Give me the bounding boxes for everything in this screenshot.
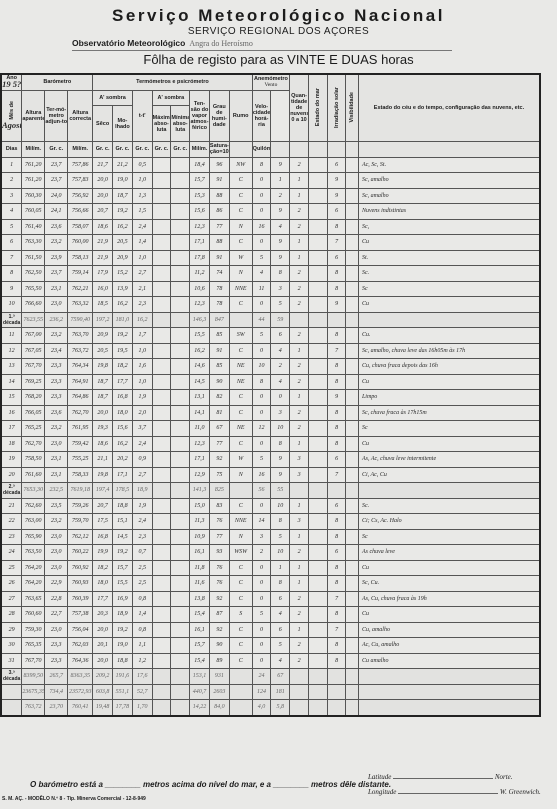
unit-cell: Milím. [68, 142, 93, 158]
table-row: 8762,5023,7759,1417,915,22,711,274N4828S… [1, 266, 540, 282]
solar-irradiation-header: Irradiação solar [327, 74, 346, 142]
table-row: 7761,5023,9758,1321,920,91,017,891W5916S… [1, 250, 540, 266]
max-header: Máxima abso-luta [152, 106, 171, 142]
decade-summary-row: 2.ª década7653,30232,57619,18197,4178,51… [1, 483, 540, 499]
month-header: Mês deAgosto [1, 90, 22, 142]
visibility-header: Visibilidade [346, 74, 359, 142]
table-row: 14769,2523,3764,9118,717,71,014,590NE842… [1, 374, 540, 390]
unit-cell: Dias [1, 142, 22, 158]
table-row: 6763,3023,2760,0021,920,51,417,188C0917C… [1, 235, 540, 251]
sheet-title: Fôlha de registo para as VINTE E DUAS ho… [0, 52, 557, 67]
wind-speed-header: Velo-cidade horá-ria [252, 90, 271, 142]
decade-summary-row: 1.ª década7623,55236,27590,40197,2181,01… [1, 312, 540, 328]
barometer-group-header: Barómetro [22, 74, 93, 90]
unit-cell: Gr. c. [132, 142, 152, 158]
unit-cell: Quilóm. [252, 142, 271, 158]
table-row: 10766,6023,0763,3218,516,22,312,378C0529… [1, 297, 540, 313]
table-row: 13767,7023,3764,3419,818,21,614,685NE102… [1, 359, 540, 375]
unit-cell: Gr. c. [93, 142, 113, 158]
wind-direction-header: Rumo [229, 90, 252, 142]
thermometer-group-header: Termómetros e psicrómetro [93, 74, 252, 90]
shade-header: A' sombra [93, 90, 133, 106]
unit-cell [308, 142, 327, 158]
attached-thermometer-header: Ter-mó-metro adjun-to [45, 90, 68, 142]
table-row: 28760,6022,7757,3820,318,91,415,487S5428… [1, 607, 540, 623]
vapor-tension-header: Ten-são do vapor atmos-férico [190, 90, 210, 142]
table-row: 21762,6023,5759,2620,718,81,915,083C0101… [1, 498, 540, 514]
units-row: DiasMilím.Gr. c.Milím.Gr. c.Gr. c.Gr. c.… [1, 142, 540, 158]
sky-state-header: Estado do céu e do tempo, configuração d… [358, 74, 540, 142]
table-row: 30765,3523,3762,0320,119,01,115,790C0528… [1, 638, 540, 654]
unit-cell: Gr. c. [152, 142, 171, 158]
unit-cell [327, 142, 346, 158]
table-row: 18762,7023,0759,4218,616,22,412,377C0818… [1, 436, 540, 452]
min-header: Mínima abso-luta [171, 106, 190, 142]
shade-extremes-header: A' sombra [152, 90, 190, 106]
table-row: 1761,2023,7757,8621,721,20,518,496NW8926… [1, 157, 540, 173]
table-row: 24763,5023,0760,2219,919,20,716,193WSW21… [1, 545, 540, 561]
form-imprint: S. M. AÇ. - MODÊLO N.º 8 - Tip. Minerva … [2, 796, 146, 802]
table-row: 11767,0023,2763,7020,919,21,715,585SW562… [1, 328, 540, 344]
page-title: Serviço Meteorológico Nacional [0, 6, 557, 26]
table-row: 26764,2022,9760,9318,015,52,511,676C0818… [1, 576, 540, 592]
anemometer-group-header: AnemómetroVento [252, 74, 290, 90]
table-row: 4760,0524,1756,6620,719,21,515,686C0926N… [1, 204, 540, 220]
decade-summary-row: 763,7223,70760,4119,4817,781,7014,2284,0… [1, 700, 540, 716]
barometer-note: O barómetro está a ________ metros acima… [30, 780, 391, 789]
unit-cell: Satura-ção=100 [209, 142, 229, 158]
unit-cell [290, 142, 309, 158]
table-row: 16766,0523,6762,7020,018,02,014,181C0328… [1, 405, 540, 421]
table-row: 17765,2523,2761,9519,315,63,711,067NE121… [1, 421, 540, 437]
unit-cell: Gr. c. [45, 142, 68, 158]
table-row: 25764,2023,0760,9218,215,72,511,876C0118… [1, 560, 540, 576]
latitude-field: Latitude Norte. [368, 773, 513, 781]
unit-cell: Milím. [190, 142, 210, 158]
sea-state-header: Estado do mar [308, 74, 327, 142]
table-row: 31767,7023,3764,3620,018,81,215,489C0428… [1, 653, 540, 669]
observatory-label: Observatório Meteorológico [72, 38, 185, 48]
unit-cell: Gr. c. [113, 142, 133, 158]
table-row: 3760,3024,0756,9220,018,71,315,388C0219S… [1, 188, 540, 204]
unit-cell: Gr. c. [171, 142, 190, 158]
decade-summary-row: 3.ª década8399,50265,78363,35209,2191,61… [1, 669, 540, 685]
observatory-field: Observatório MeteorológicoAngra do Heroí… [72, 38, 452, 51]
corrected-height-header: Altura correcta [68, 90, 93, 142]
year-header: Ano19 5? [1, 74, 22, 90]
page-subtitle: SERVIÇO REGIONAL DOS AÇORES [0, 26, 557, 37]
table-row: 27763,6522,8760,3917,716,90,813,892C0627… [1, 591, 540, 607]
unit-cell [346, 142, 359, 158]
unit-cell [229, 142, 252, 158]
t-diff-header: t-t' [132, 90, 152, 142]
table-row: 5761,4023,6758,0718,616,22,412,377N16428… [1, 219, 540, 235]
table-row: 19758,5023,1755,2521,120,20,917,192W5936… [1, 452, 540, 468]
register-table: Ano19 5? Barómetro Termómetros e psicróm… [0, 73, 541, 717]
apparent-height-header: Altura aparente [22, 90, 45, 142]
cloud-amount-header: Quan-tidade de nuvens 0 a 10 [290, 74, 309, 142]
decade-summary-row: 23675,35734,423572,93603,8551,152,7440,7… [1, 684, 540, 700]
wet-header: Mo-lhado [113, 106, 133, 142]
longitude-field: Longitude W. Greenwich. [368, 788, 541, 796]
observatory-value: Angra do Heroísmo [189, 39, 253, 48]
unit-cell: Milím. [22, 142, 45, 158]
humidity-header: Grau de humi-dade [209, 90, 229, 142]
table-row: 29759,3023,0756,0420,019,20,816,192C0617… [1, 622, 540, 638]
table-row: 22763,0023,2759,7017,515,12,411,376NNE14… [1, 514, 540, 530]
table-row: 2761,2023,7757,8320,019,01,015,791C0119S… [1, 173, 540, 189]
table-row: 23765,9023,0762,1216,814,52,310,977N3518… [1, 529, 540, 545]
table-row: 20761,6023,1758,3319,817,12,712,975N1693… [1, 467, 540, 483]
table-row: 15768,2023,3764,8618,716,81,913,182C0019… [1, 390, 540, 406]
table-row: 12767,0523,4763,7220,519,51,016,291C0417… [1, 343, 540, 359]
dry-header: Sêco [93, 106, 113, 142]
table-row: 9765,5023,1762,2116,013,92,110,678NNE113… [1, 281, 540, 297]
unit-cell [271, 142, 290, 158]
